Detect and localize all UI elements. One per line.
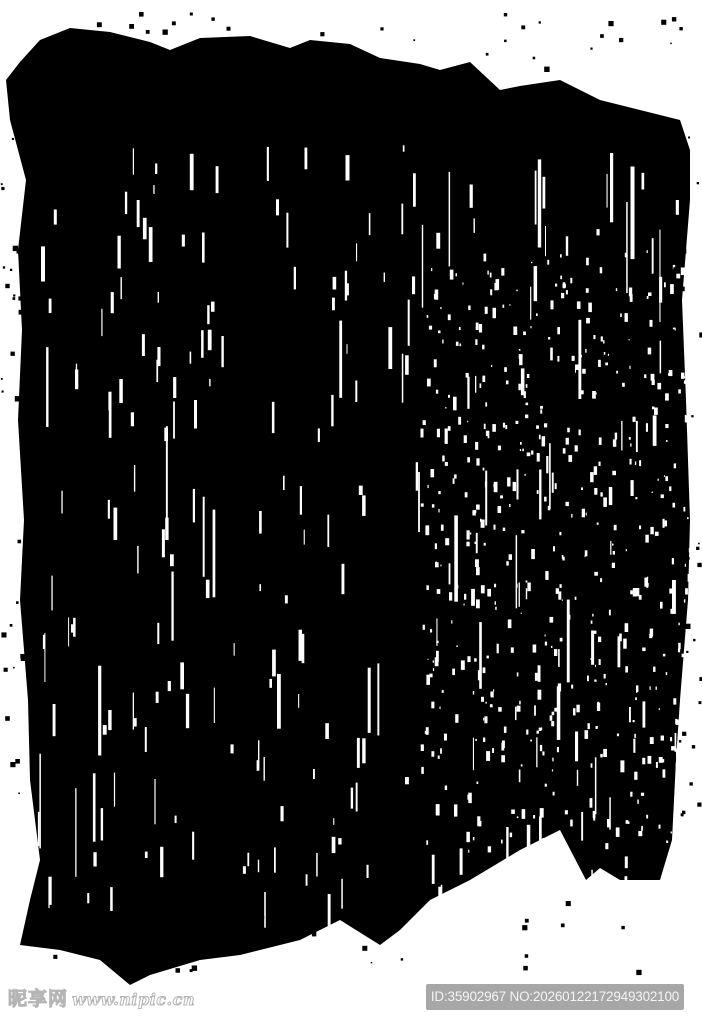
- site-logo-watermark: 昵享网www.nipic.cn: [8, 984, 195, 1011]
- grunge-brush-texture: [0, 0, 702, 1024]
- image-id-badge: ID:35902967 NO:20260122172949302100: [426, 984, 684, 1010]
- logo-url: www.nipic.cn: [72, 990, 195, 1009]
- logo-text: 昵享网: [8, 988, 68, 1010]
